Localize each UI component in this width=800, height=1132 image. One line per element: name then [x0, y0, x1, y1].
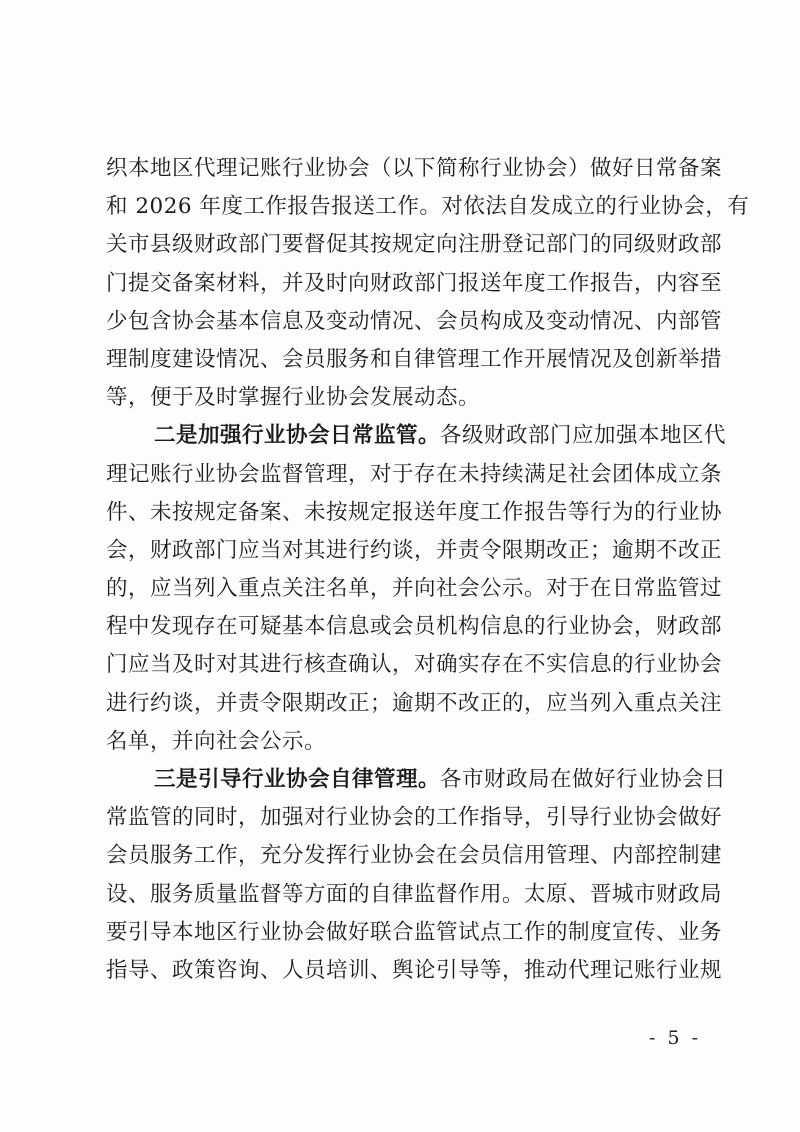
- paragraph-lead-bold: 二是加强行业协会日常监管。: [154, 423, 440, 448]
- text-line: 件、未按规定备案、未按规定报送年度工作报告等行为的行业协: [106, 494, 700, 532]
- text-line: 等，便于及时掌握行业协会发展动态。: [106, 379, 700, 417]
- text-line: 门提交备案材料，并及时向财政部门报送年度工作报告，内容至: [106, 265, 700, 303]
- text-line: 要引导本地区行业协会做好联合监管试点工作的制度宣传、业务: [106, 914, 700, 952]
- text-line: 门应当及时对其进行核查确认，对确实存在不实信息的行业协会: [106, 646, 700, 684]
- paragraph-lead-bold: 三是引导行业协会自律管理。: [154, 767, 440, 792]
- text-line: 常监管的同时，加强对行业协会的工作指导，引导行业协会做好: [106, 799, 700, 837]
- text-line: 的，应当列入重点关注名单，并向社会公示。对于在日常监管过: [106, 570, 700, 608]
- text-line: 和 2026 年度工作报告报送工作。对依法自发成立的行业协会，有: [106, 188, 700, 226]
- text-line: 关市县级财政部门要督促其按规定向注册登记部门的同级财政部: [106, 226, 700, 264]
- text-line: 进行约谈，并责令限期改正；逾期不改正的，应当列入重点关注: [106, 685, 700, 723]
- text-line: 理记账行业协会监督管理，对于存在未持续满足社会团体成立条: [106, 456, 700, 494]
- point-two-paragraph: 二是加强行业协会日常监管。各级财政部门应加强本地区代理记账行业协会监督管理，对于…: [106, 417, 700, 761]
- page-number: - 5 -: [640, 1024, 710, 1052]
- text-line: 指导、政策咨询、人员培训、舆论引导等，推动代理记账行业规: [106, 952, 700, 990]
- text-line: 三是引导行业协会自律管理。各市财政局在做好行业协会日: [106, 761, 700, 799]
- text-line: 织本地区代理记账行业协会（以下简称行业协会）做好日常备案: [106, 150, 700, 188]
- document-page: 织本地区代理记账行业协会（以下简称行业协会）做好日常备案和 2026 年度工作报…: [0, 0, 800, 1132]
- text-line: 会员服务工作，充分发挥行业协会在会员信用管理、内部控制建: [106, 837, 700, 875]
- text-line: 二是加强行业协会日常监管。各级财政部门应加强本地区代: [106, 417, 700, 455]
- text-line: 程中发现存在可疑基本信息或会员机构信息的行业协会，财政部: [106, 608, 700, 646]
- text-line: 名单，并向社会公示。: [106, 723, 700, 761]
- text-line: 少包含协会基本信息及变动情况、会员构成及变动情况、内部管: [106, 303, 700, 341]
- continuation-paragraph: 织本地区代理记账行业协会（以下简称行业协会）做好日常备案和 2026 年度工作报…: [106, 150, 700, 417]
- document-body: 织本地区代理记账行业协会（以下简称行业协会）做好日常备案和 2026 年度工作报…: [106, 150, 700, 990]
- text-line: 会，财政部门应当对其进行约谈，并责令限期改正；逾期不改正: [106, 532, 700, 570]
- point-three-paragraph: 三是引导行业协会自律管理。各市财政局在做好行业协会日常监管的同时，加强对行业协会…: [106, 761, 700, 990]
- text-line: 理制度建设情况、会员服务和自律管理工作开展情况及创新举措: [106, 341, 700, 379]
- text-line: 设、服务质量监督等方面的自律监督作用。太原、晋城市财政局: [106, 876, 700, 914]
